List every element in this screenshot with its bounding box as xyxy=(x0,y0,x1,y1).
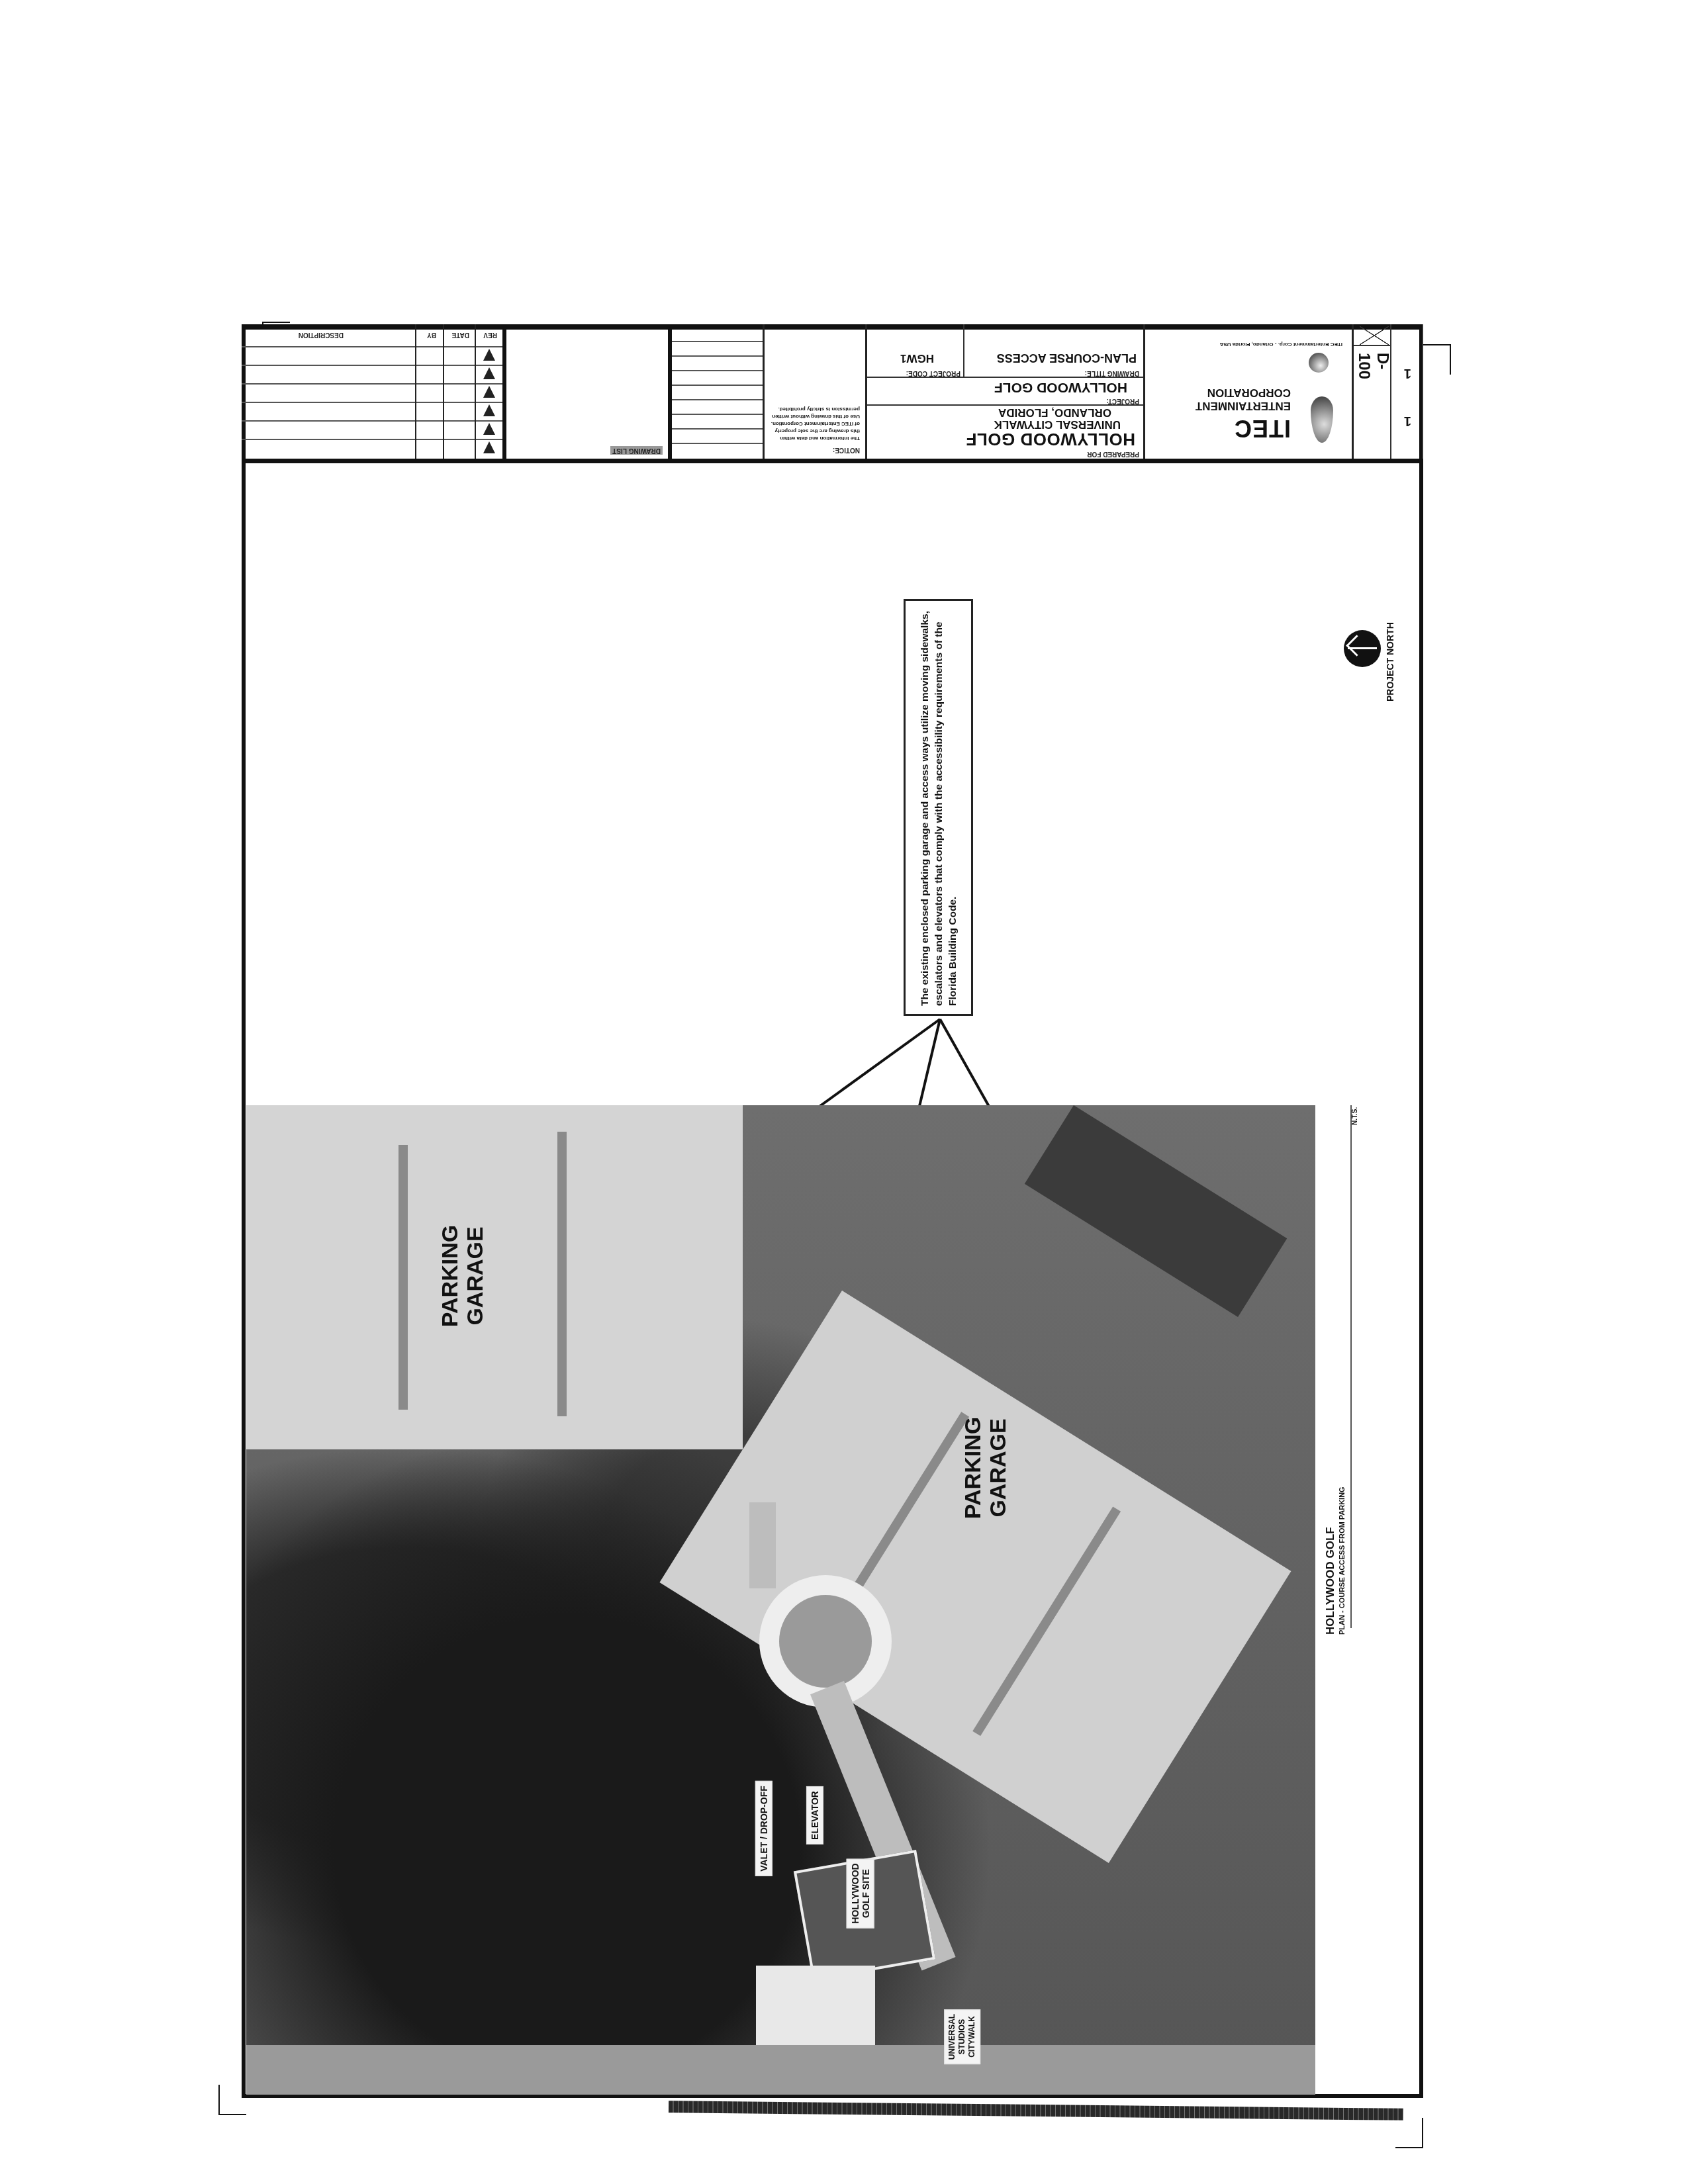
caption-rule xyxy=(1350,1105,1352,1628)
drawing-caption-title: HOLLYWOOD GOLF xyxy=(1324,1527,1337,1635)
elevator-label: ELEVATOR xyxy=(806,1786,823,1844)
universal-citywalk-label: UNIVERSAL STUDIOS CITYWALK xyxy=(944,2009,980,2064)
hollywood-golf-site-label: HOLLYWOOD GOLF SITE xyxy=(847,1858,874,1928)
aerial-site-photo: PARKING GARAGE PARKING GARAGE VALET / DR… xyxy=(246,1105,1315,2095)
parking-garage-1-label: PARKING GARAGE xyxy=(438,1225,488,1327)
parking-garage-2-label: PARKING GARAGE xyxy=(961,1417,1011,1519)
project-north-arrow-icon xyxy=(1344,630,1381,667)
drawing-scale: N.T.S. xyxy=(1352,1107,1359,1125)
project-north-label: PROJECT NORTH xyxy=(1385,622,1395,702)
valet-dropoff-label: VALET / DROP-OFF xyxy=(755,1781,773,1876)
drawing-caption-subtitle: PLAN - COURSE ACCESS FROM PARKING xyxy=(1338,1486,1346,1635)
parking-garage-1 xyxy=(246,1105,743,1449)
